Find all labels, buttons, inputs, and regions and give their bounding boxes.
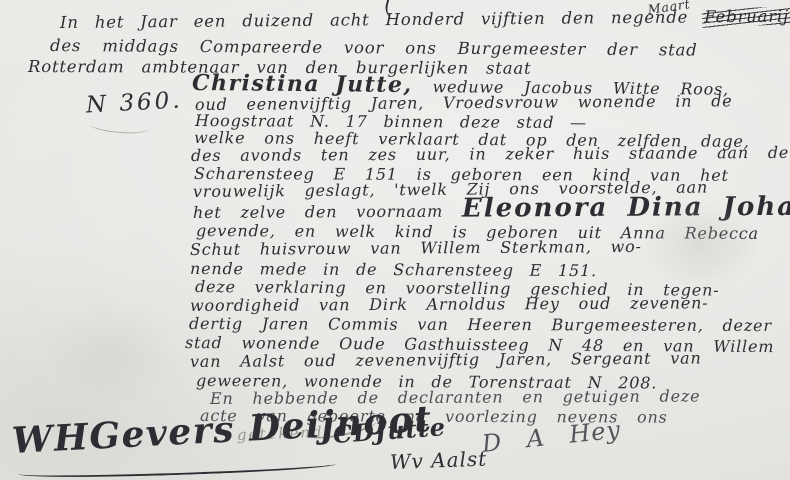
record-number: N 360.	[85, 87, 183, 118]
manuscript-line: van Aalst oud zevenenvijftig Jaren, Serg…	[190, 347, 702, 373]
ink-flourish	[89, 117, 148, 137]
manuscript-text: In het Jaar een duizend acht Honderd vij…	[60, 8, 688, 32]
signature-van-aalst: Wv Aalst	[390, 447, 488, 474]
document-page: In het Jaar een duizend acht Honderd vij…	[0, 0, 790, 480]
paper-smudge	[40, 300, 180, 410]
manuscript-text: het zelve den voornaam	[193, 202, 443, 222]
signature-underline-flourish	[18, 457, 336, 480]
struck-word: Februarij	[704, 6, 789, 29]
manuscript-line: Schut huisvrouw van Willem Sterkman, wo-	[190, 236, 642, 261]
child-name: Eleonora Dina Johanna	[462, 192, 790, 224]
